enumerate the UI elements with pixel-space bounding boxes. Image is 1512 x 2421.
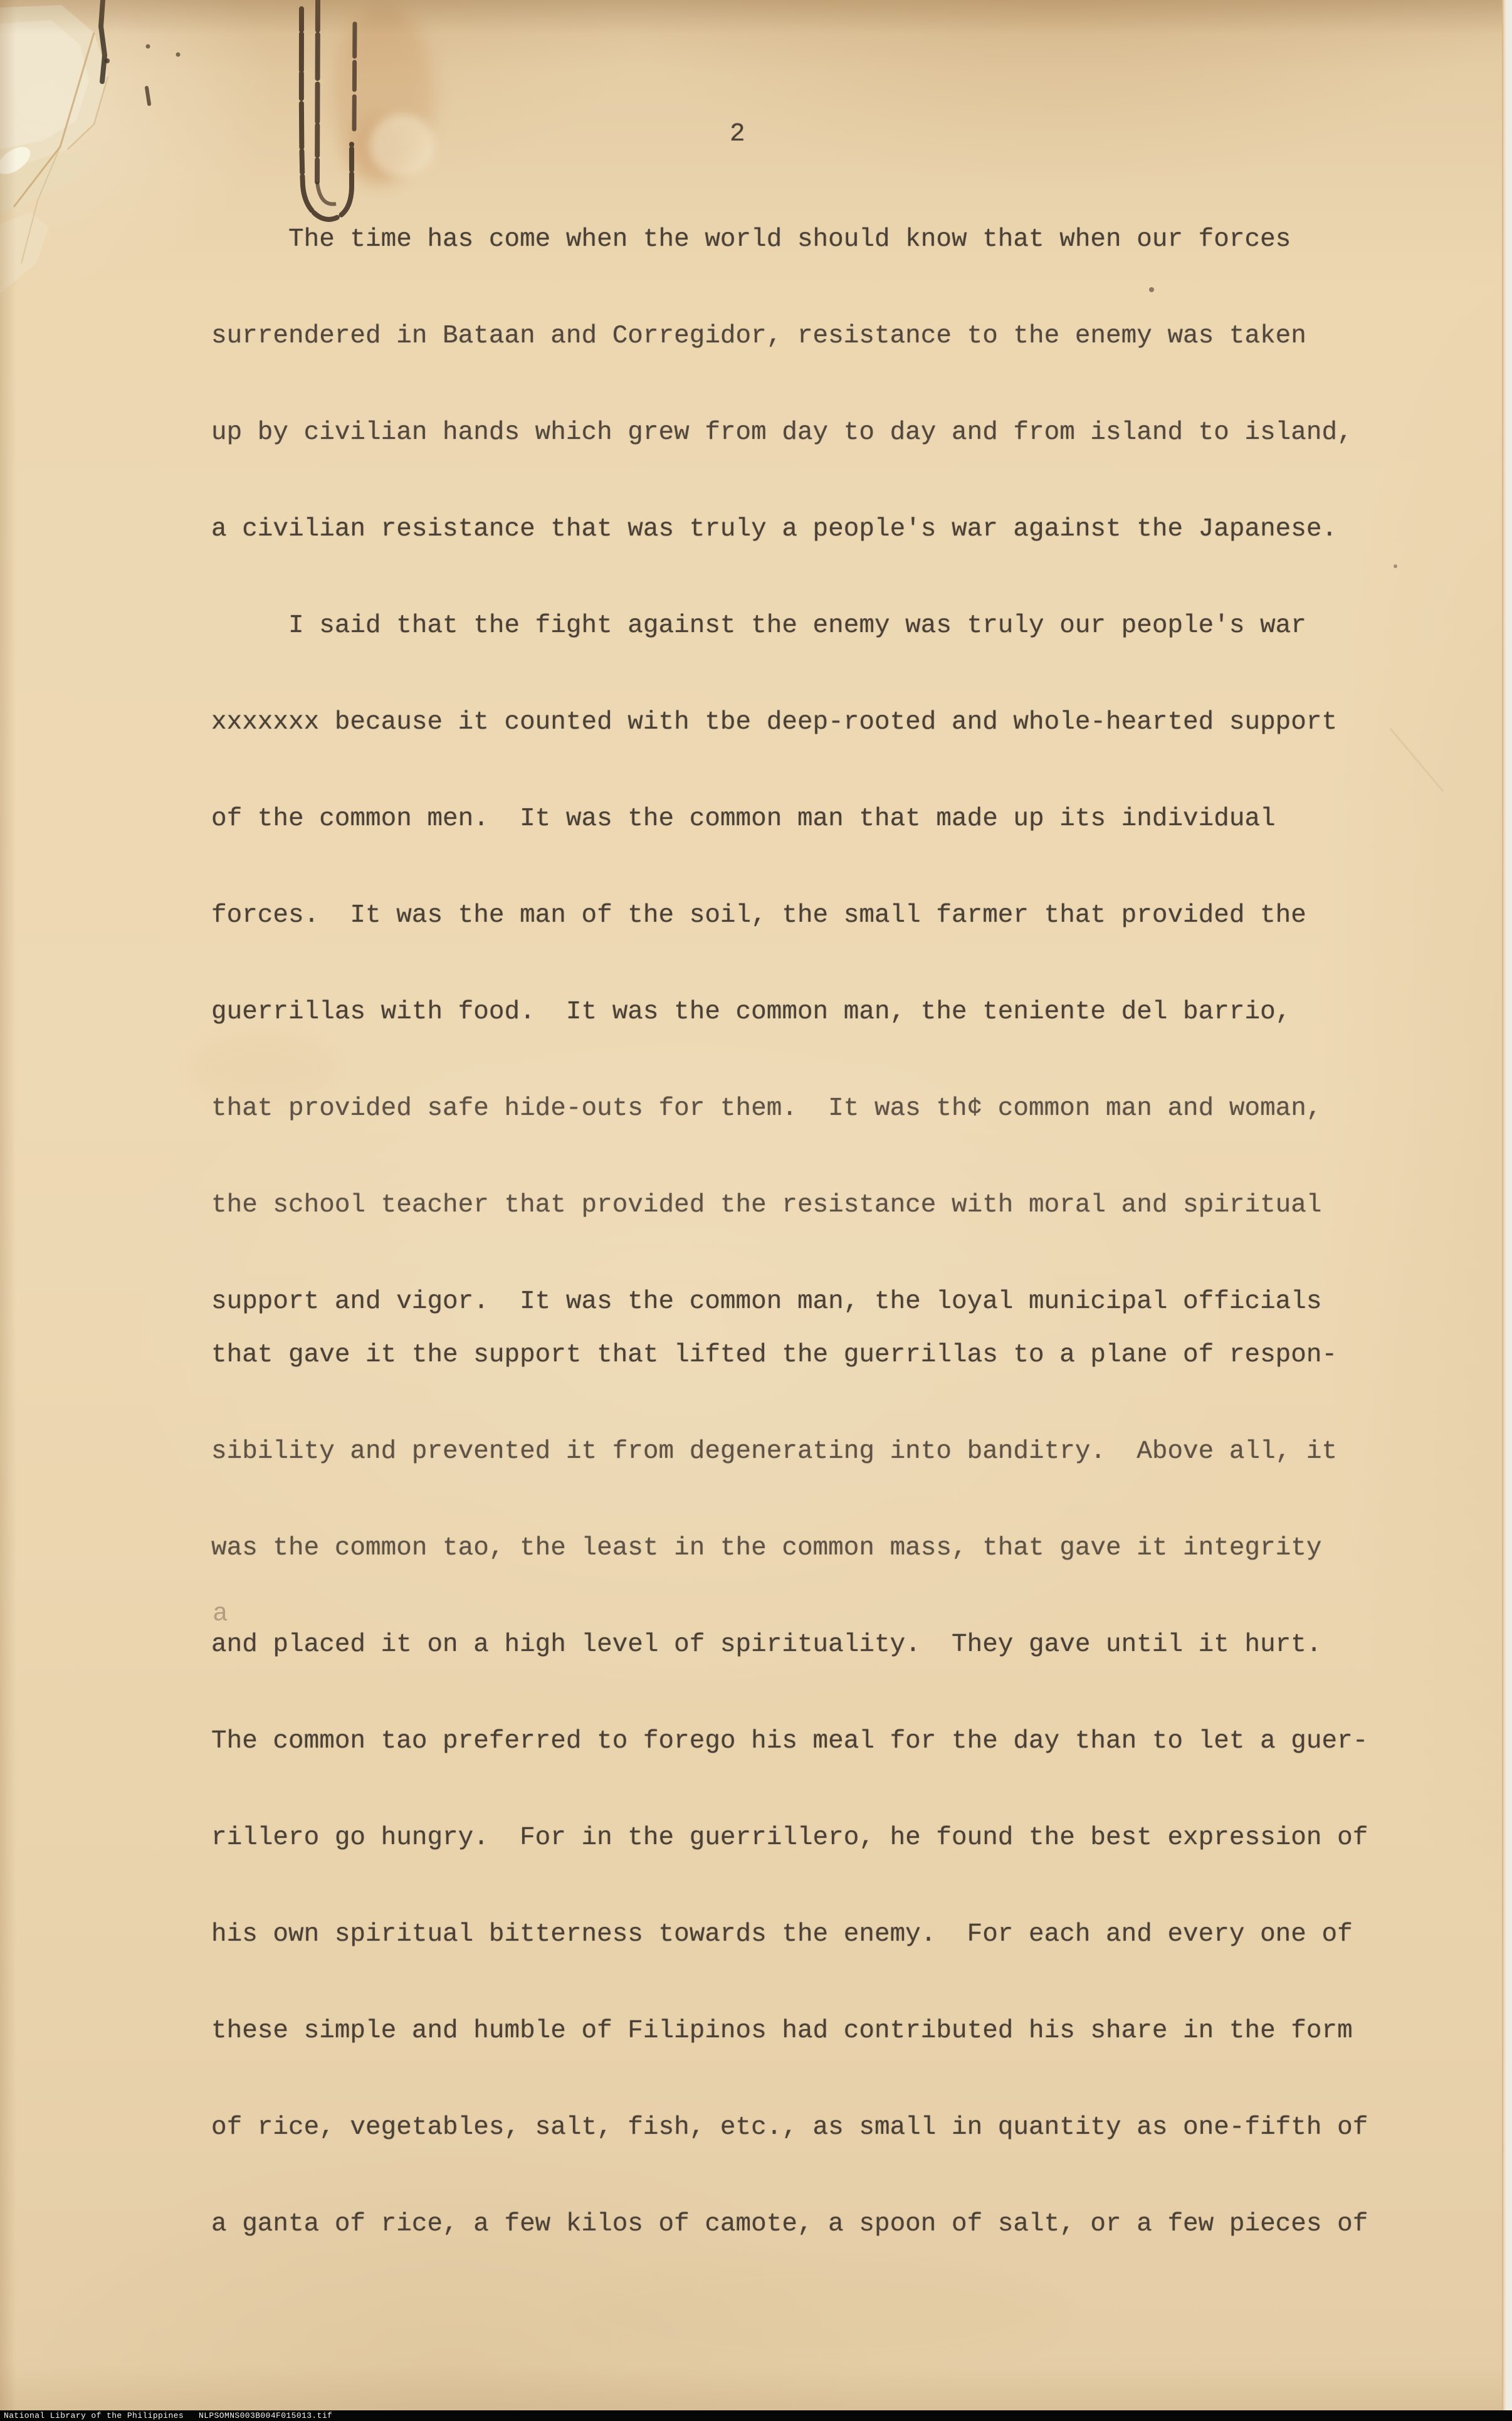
typed-line: I said that the fight against the enemy … xyxy=(211,611,1440,641)
torn-corner xyxy=(0,5,108,293)
page-number: 2 xyxy=(730,119,745,149)
typed-line: rillero go hungry. For in the guerriller… xyxy=(211,1823,1440,1853)
typed-line: these simple and humble of Filipinos had… xyxy=(211,2016,1440,2046)
typed-line: up by civilian hands which grew from day… xyxy=(211,418,1440,448)
typed-line: sibility and prevented it from degenerat… xyxy=(211,1437,1440,1467)
ink-marks xyxy=(101,0,181,104)
inserted-correction: a xyxy=(213,1599,228,1629)
typed-line: guerrillas with food. It was the common … xyxy=(211,997,1440,1027)
typed-line: of the common men. It was the common man… xyxy=(211,804,1440,834)
typed-line: of rice, vegetables, salt, fish, etc., a… xyxy=(211,2112,1440,2143)
typed-line: surrendered in Bataan and Corregidor, re… xyxy=(211,321,1440,351)
typed-line: The time has come when the world should … xyxy=(211,224,1440,255)
scan-filename: NLPSOMNS003B004F015013.tif xyxy=(199,2410,332,2421)
typed-line: the school teacher that provided the res… xyxy=(211,1190,1440,1220)
paperclip-imprint xyxy=(302,0,435,219)
typed-line: xxxxxxx because it counted with tbe deep… xyxy=(211,707,1440,737)
rust-stain xyxy=(333,6,434,182)
typed-line: that gave it the support that lifted the… xyxy=(211,1340,1440,1370)
typed-line: that provided safe hide-outs for them. I… xyxy=(211,1094,1440,1124)
scan-background-strip xyxy=(1502,0,1512,2421)
typed-lines: The time has come when the world should … xyxy=(211,224,1440,2306)
typed-line: a civilian resistance that was truly a p… xyxy=(211,514,1440,544)
typed-line: his own spiritual bitterness towards the… xyxy=(211,1919,1440,1949)
library-name: National Library of the Philippines xyxy=(4,2410,184,2421)
typed-line: was the common tao, the least in the com… xyxy=(211,1533,1440,1563)
typed-line: a ganta of rice, a few kilos of camote, … xyxy=(211,2209,1440,2239)
typed-line: forces. It was the man of the soil, the … xyxy=(211,900,1440,931)
typed-line: support and vigor. It was the common man… xyxy=(211,1287,1440,1317)
typed-line: The common tao preferred to forego his m… xyxy=(211,1726,1440,1756)
typed-line: and placed it on a high level of spiritu… xyxy=(211,1630,1440,1660)
footer-bar: National Library of the Philippines NLPS… xyxy=(0,2410,1512,2421)
document-page: 2 The time has come when the world shoul… xyxy=(0,0,1512,2421)
